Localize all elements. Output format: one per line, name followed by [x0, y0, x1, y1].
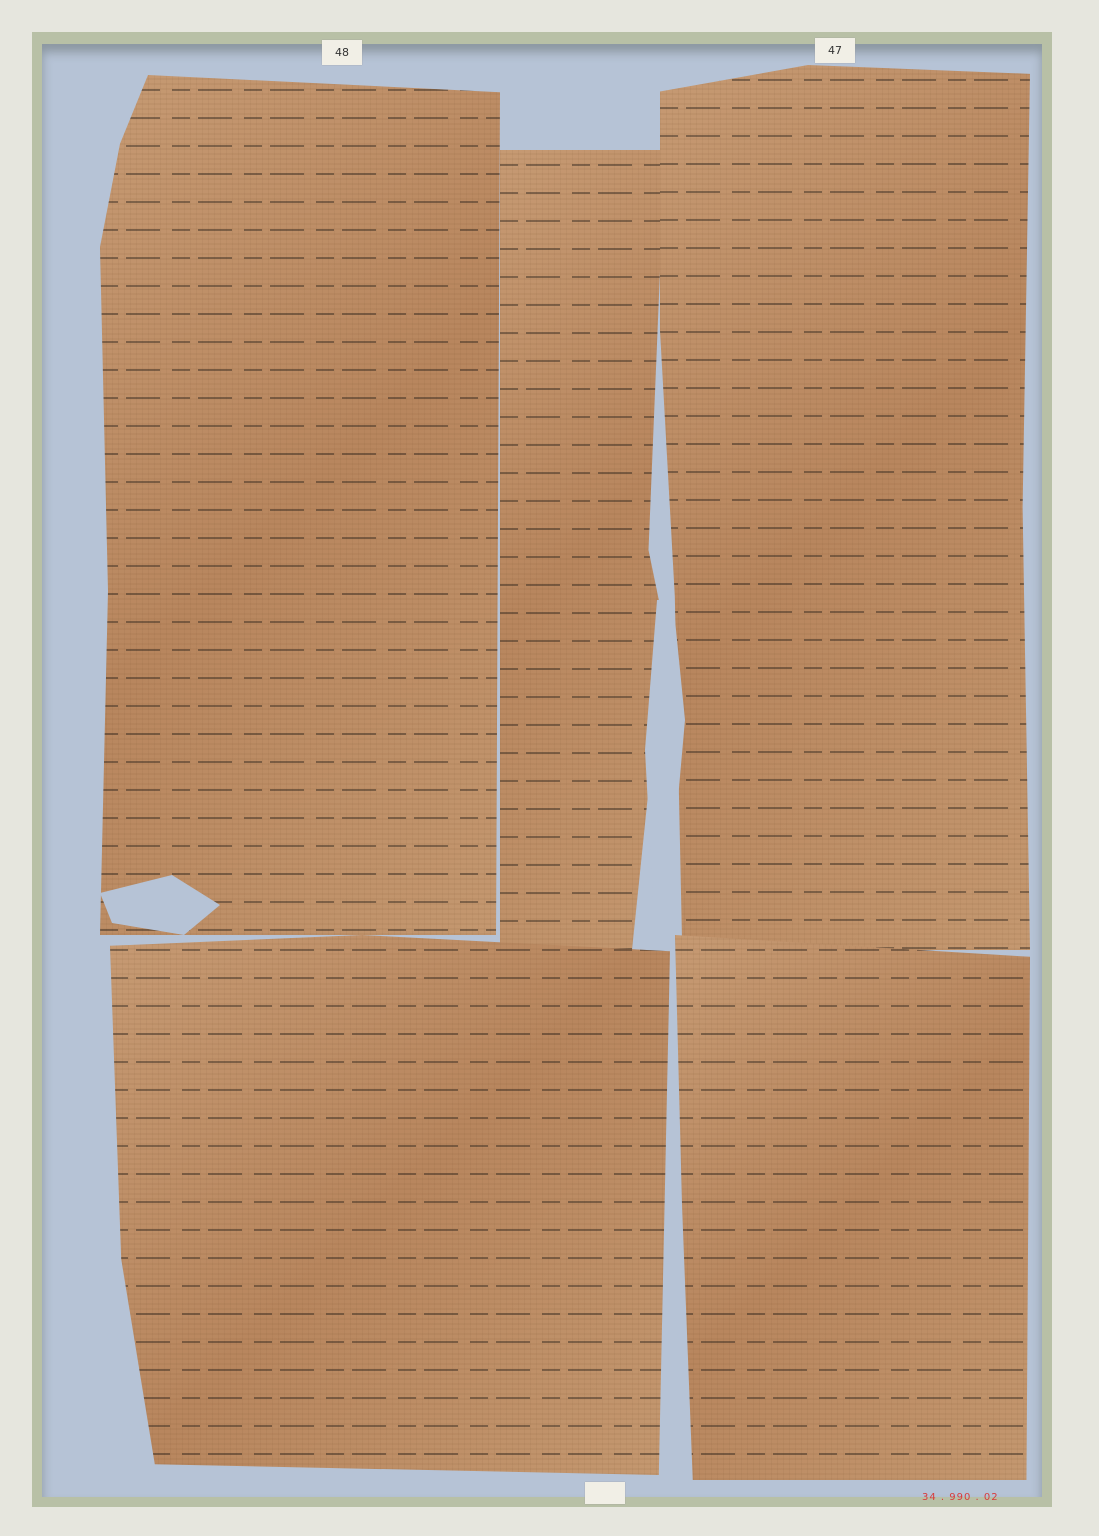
bottom-label-card: [585, 1482, 625, 1504]
hieratic-text-lines: [660, 65, 1030, 950]
picture-frame: 48 47 34 . 990 . 02: [0, 0, 1099, 1536]
papyrus-fragment-middle-strip: [500, 150, 665, 950]
papyrus-fragment-right-lower: [675, 935, 1030, 1480]
column-number-label-right: 47: [815, 38, 855, 63]
accession-number: 34 . 990 . 02: [922, 1492, 999, 1503]
hieratic-text-lines: [100, 75, 500, 935]
hieratic-text-lines: [110, 935, 670, 1475]
hieratic-text-lines: [500, 150, 665, 950]
papyrus-fragment-left-lower: [110, 935, 670, 1475]
hieratic-text-lines: [675, 935, 1030, 1480]
column-number-label-left: 48: [322, 40, 362, 65]
papyrus-fragment-right-upper: [660, 65, 1030, 950]
papyrus-fragment-left-upper: [100, 75, 500, 935]
